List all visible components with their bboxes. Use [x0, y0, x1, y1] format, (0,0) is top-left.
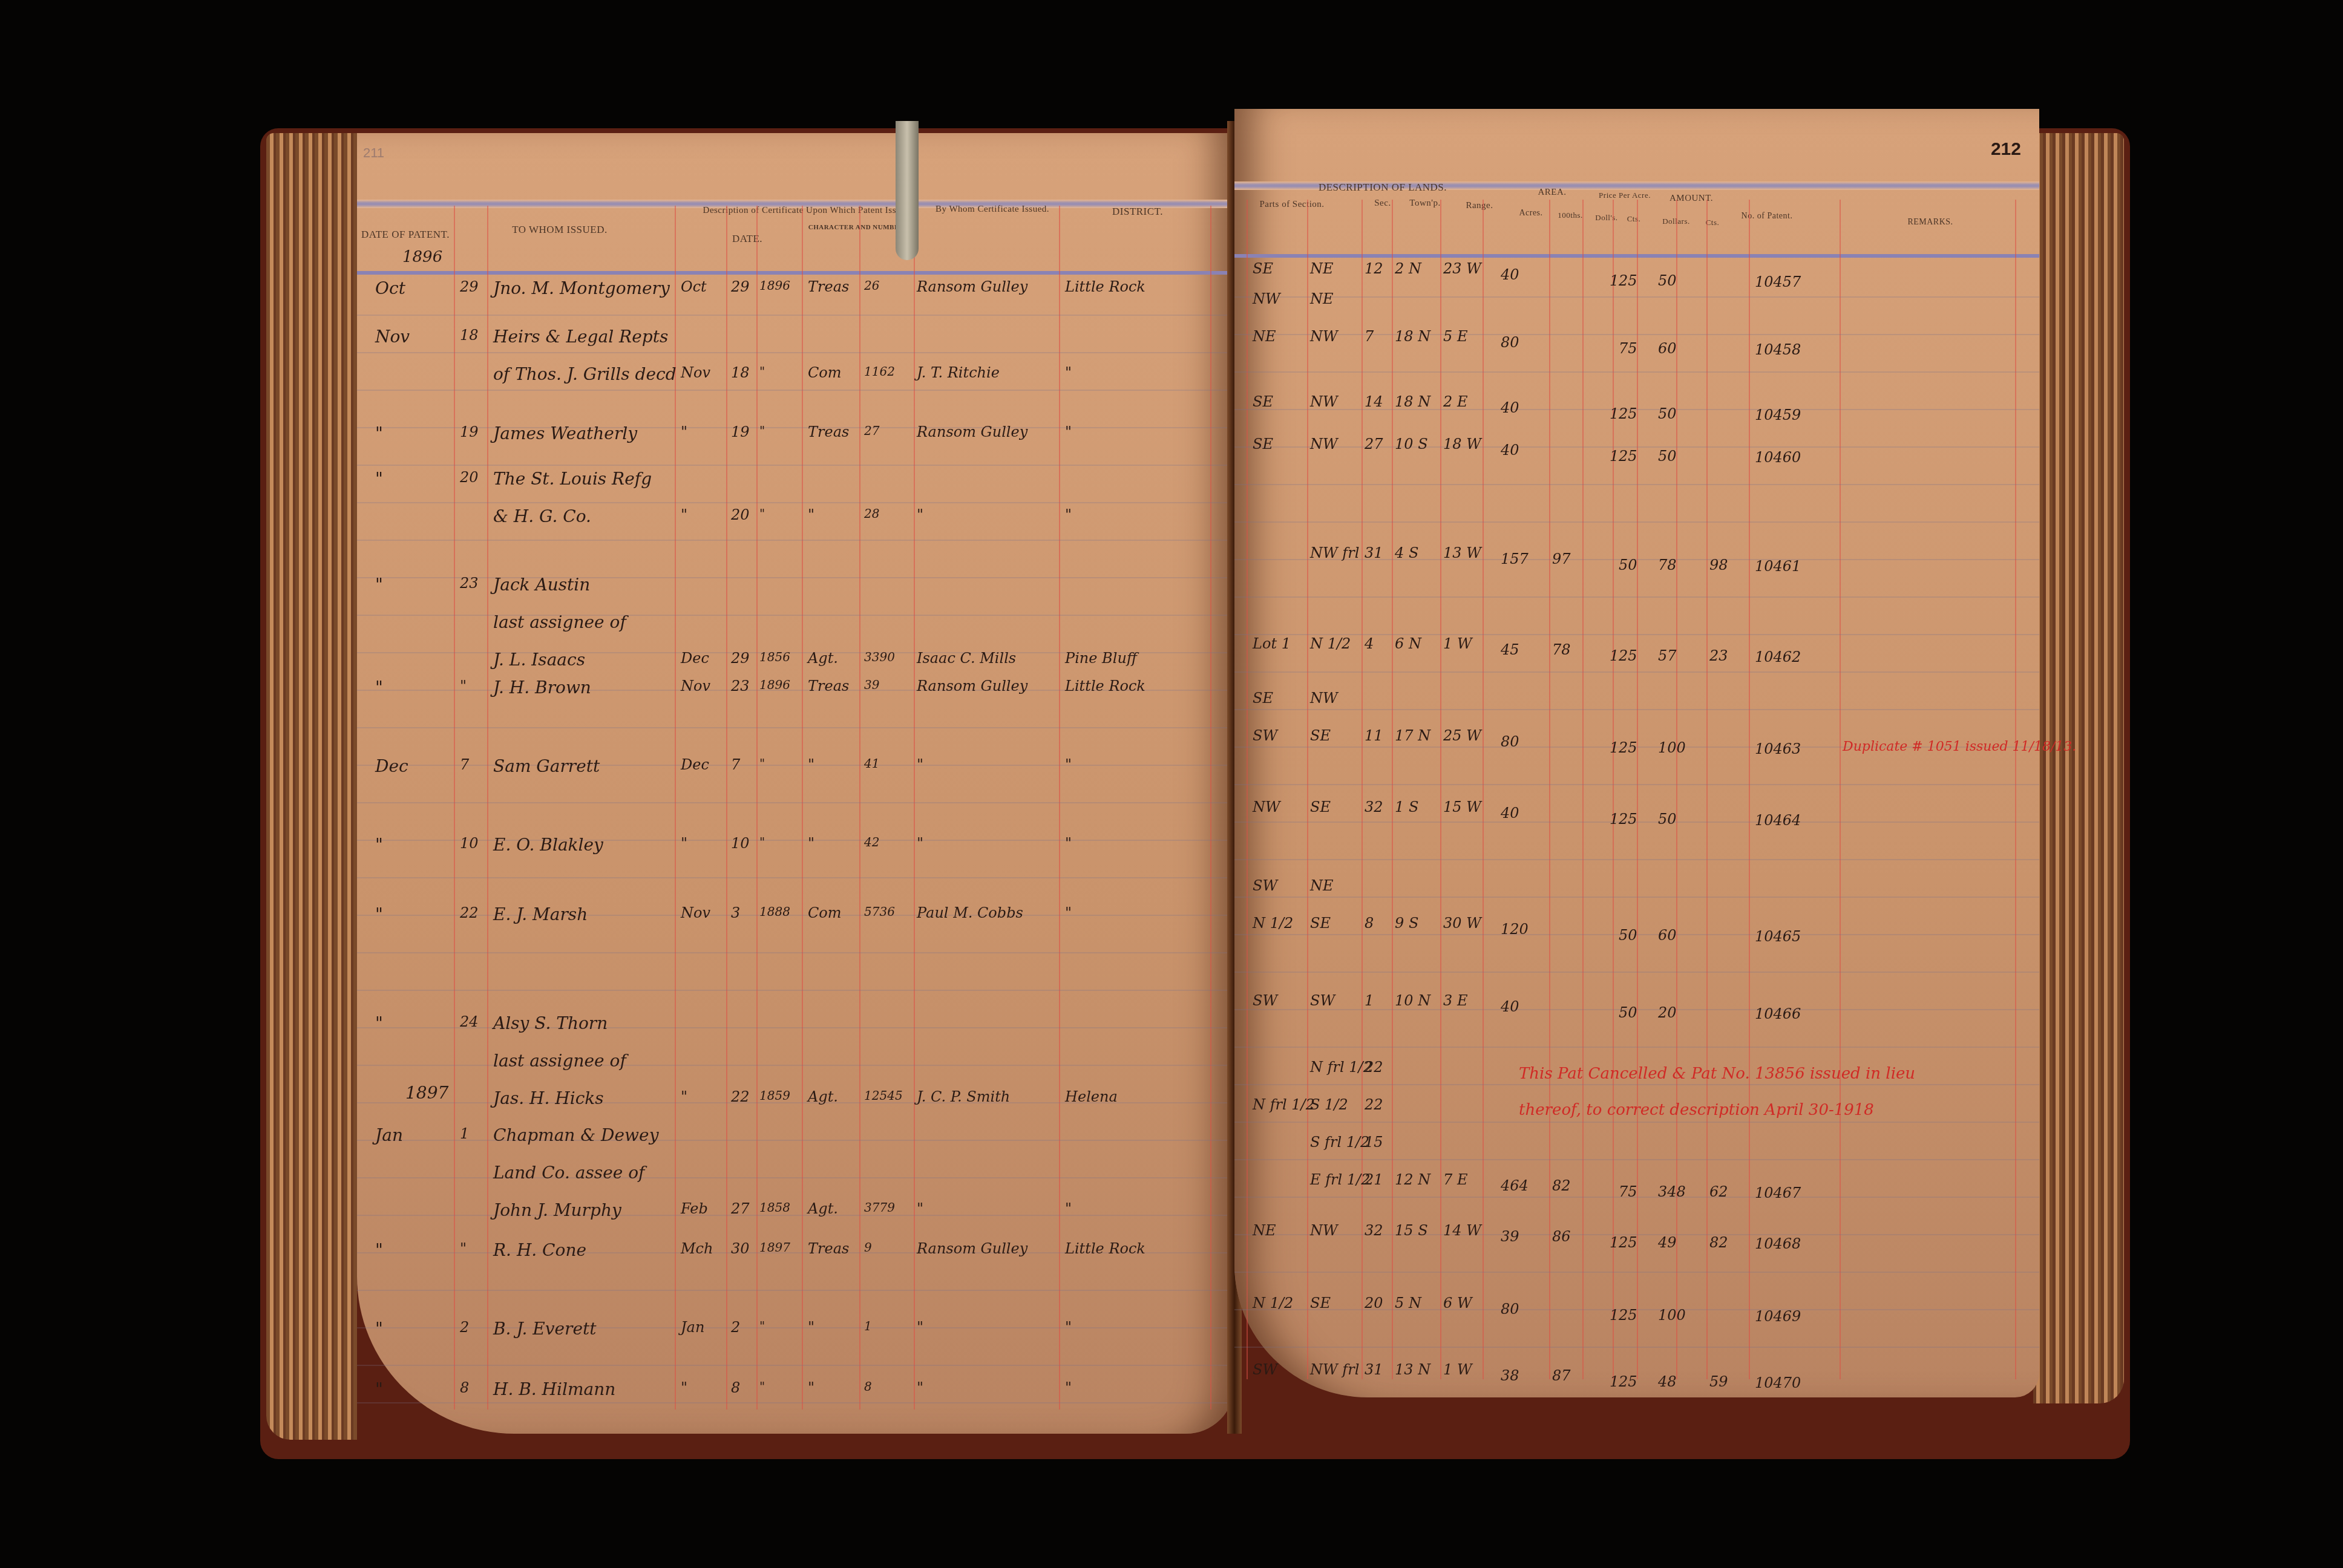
cert-character: Com	[808, 364, 842, 381]
amount-dollars: 100	[1658, 739, 1686, 756]
price-cents: 25	[1619, 739, 1637, 756]
patent-month: "	[375, 423, 383, 443]
amount-dollars: 50	[1658, 448, 1677, 465]
row-rule	[1234, 596, 2039, 598]
township: 12 N	[1395, 1171, 1430, 1188]
column-rule	[1483, 200, 1484, 1379]
cert-day: 18	[731, 364, 750, 381]
township: 1 S	[1395, 799, 1418, 815]
amount-dollars: 50	[1658, 811, 1677, 828]
grantee-name: Jack Austin	[493, 575, 590, 595]
patent-month: "	[375, 1013, 383, 1033]
column-rule	[1210, 206, 1211, 1410]
part-of-section-quarter: NW	[1310, 690, 1338, 707]
acres: 40	[1501, 805, 1519, 822]
amount-cents: 59	[1709, 1373, 1728, 1390]
certificate-issuer: "	[917, 1319, 923, 1336]
column-rule	[859, 206, 860, 1410]
cert-character: "	[808, 506, 814, 523]
cert-day: 10	[731, 835, 750, 852]
district: "	[1065, 506, 1072, 523]
row-rule	[1234, 521, 2039, 523]
row-rule	[357, 1290, 1234, 1291]
page-edges-left	[266, 133, 357, 1440]
part-of-section-quarter: SE	[1310, 915, 1331, 932]
patent-day: 22	[460, 904, 479, 921]
amount-dollars: 60	[1658, 927, 1677, 944]
cert-month: Dec	[681, 756, 709, 773]
cert-day: 27	[731, 1200, 750, 1217]
patent-day: 7	[460, 756, 469, 773]
row-rule	[357, 390, 1234, 391]
part-of-section-quarter: NW	[1310, 1222, 1338, 1239]
cert-year: 1856	[759, 650, 790, 664]
part-of-section: N 1/2	[1253, 1295, 1293, 1312]
cert-year: "	[759, 1379, 765, 1394]
range: 6 W	[1443, 1295, 1472, 1312]
patent-number: 10458	[1755, 341, 1801, 358]
township: 18 N	[1395, 328, 1430, 345]
row-rule	[357, 802, 1234, 803]
grantee-name: R. H. Cone	[493, 1240, 586, 1260]
township: 15 S	[1395, 1222, 1428, 1239]
price-cents: 25	[1619, 272, 1637, 289]
certificate-issuer: Ransom Gulley	[917, 1240, 1027, 1257]
col-date-of-patent: DATE OF PATENT.	[360, 229, 451, 241]
section: 22	[1365, 1059, 1383, 1076]
section: 8	[1365, 915, 1374, 932]
part-of-section: SE	[1253, 690, 1273, 707]
patent-month: Jan	[375, 1125, 403, 1145]
row-rule	[357, 952, 1234, 953]
grantee-name: last assignee of	[493, 612, 626, 632]
cert-day: 22	[731, 1088, 750, 1105]
grantee-name: Jas. H. Hicks	[493, 1088, 604, 1108]
column-rule	[726, 206, 727, 1410]
acres: 40	[1501, 442, 1519, 459]
patent-number: 10460	[1755, 449, 1801, 466]
acres-hundredths: 97	[1552, 550, 1571, 567]
acres: 39	[1501, 1228, 1519, 1245]
cert-day: 23	[731, 678, 750, 694]
cert-day: 7	[731, 756, 740, 773]
part-of-section-quarter: NW frl	[1310, 1361, 1359, 1378]
cert-number: 8	[864, 1379, 872, 1394]
section: 7	[1365, 328, 1374, 345]
price-cents: 25	[1619, 448, 1637, 465]
column-rule	[1362, 200, 1363, 1379]
col-township: Town'p.	[1398, 198, 1452, 209]
patent-number: 10468	[1755, 1235, 1801, 1252]
certificate-issuer: "	[917, 506, 923, 523]
patent-day: 29	[460, 278, 479, 295]
section: 32	[1365, 799, 1383, 815]
part-of-section: N frl 1/2	[1253, 1096, 1315, 1113]
cert-number: 1162	[864, 364, 895, 379]
section: 31	[1365, 1361, 1383, 1378]
cert-month: Jan	[681, 1319, 704, 1336]
cert-number: 39	[864, 678, 879, 692]
township: 5 N	[1395, 1295, 1421, 1312]
row-rule	[357, 1177, 1234, 1178]
township: 6 N	[1395, 635, 1421, 652]
grantee-name: Heirs & Legal Repts	[493, 327, 668, 347]
patent-month: Oct	[375, 278, 405, 298]
cert-character: Agt.	[808, 1200, 838, 1217]
patent-day: "	[460, 678, 467, 694]
township: 17 N	[1395, 727, 1430, 744]
cert-number: 27	[864, 423, 879, 438]
row-rule	[1234, 1159, 2039, 1160]
township: 9 S	[1395, 915, 1418, 932]
part-of-section-quarter: NW	[1310, 436, 1338, 452]
cert-character: Treas	[808, 278, 849, 295]
price-dollars: 1	[1610, 448, 1619, 465]
part-of-section: NE	[1253, 1222, 1276, 1239]
row-rule	[1234, 1272, 2039, 1273]
certificate-issuer: Isaac C. Mills	[917, 650, 1016, 667]
cert-number: 12545	[864, 1088, 903, 1103]
patent-month: Dec	[375, 756, 408, 776]
cert-day: 3	[731, 904, 740, 921]
patent-number: 10465	[1755, 928, 1801, 945]
acres: 157	[1501, 550, 1529, 567]
amount-dollars: 20	[1658, 1004, 1677, 1021]
row-rule	[1234, 972, 2039, 973]
amount-dollars: 78	[1658, 557, 1677, 573]
amount-cents: 23	[1709, 647, 1728, 664]
grantee-name: Alsy S. Thorn	[493, 1013, 608, 1033]
cert-month: "	[681, 1379, 687, 1396]
section: 27	[1365, 436, 1383, 452]
cert-year: 1897	[759, 1240, 790, 1255]
part-of-section: NE	[1253, 328, 1276, 345]
patent-number: 10469	[1755, 1308, 1801, 1325]
cert-month: "	[681, 423, 687, 440]
grantee-name: Chapman & Dewey	[493, 1125, 658, 1145]
patent-day: 23	[460, 575, 479, 592]
cert-number: 28	[864, 506, 879, 521]
column-rule	[1749, 200, 1750, 1379]
acres-hundredths: 86	[1552, 1228, 1571, 1245]
acres: 40	[1501, 399, 1519, 416]
row-rule	[357, 615, 1234, 616]
grantee-name: E. J. Marsh	[493, 904, 588, 924]
cert-number: 5736	[864, 904, 895, 919]
row-rule	[1234, 897, 2039, 898]
certificate-issuer: Ransom Gulley	[917, 678, 1027, 694]
price-dollars: 1	[1610, 647, 1619, 664]
col-certificate-description: Description of Certificate Upon Which Pa…	[693, 206, 923, 216]
township: 10 N	[1395, 992, 1430, 1009]
section: 11	[1365, 727, 1383, 744]
patent-number: 10457	[1755, 273, 1801, 290]
price-cents: 50	[1619, 927, 1637, 944]
row-rule	[357, 352, 1234, 353]
range: 18 W	[1443, 436, 1481, 452]
part-of-section-quarter: NW frl	[1310, 544, 1359, 561]
part-of-section-quarter: SW	[1310, 992, 1335, 1009]
row-rule	[1234, 671, 2039, 673]
cert-character: "	[808, 1379, 814, 1396]
patent-day: 19	[460, 423, 479, 440]
column-rule	[914, 206, 915, 1410]
district: "	[1065, 904, 1072, 921]
section: 21	[1365, 1171, 1383, 1188]
township: 4 S	[1395, 544, 1418, 561]
amount-dollars: 50	[1658, 272, 1677, 289]
col-description-of-lands: DESCRIPTION OF LANDS.	[1283, 181, 1483, 194]
col-acres: Acres.	[1507, 209, 1555, 218]
column-rule	[1676, 200, 1677, 1379]
col-no-of-patent: No. of Patent.	[1731, 212, 1803, 221]
price-dollars: 1	[1610, 739, 1619, 756]
certificate-issuer: Ransom Gulley	[917, 423, 1027, 440]
row-rule	[357, 1065, 1234, 1066]
cert-character: "	[808, 835, 814, 852]
col-to-whom-issued: TO WHOM ISSUED.	[460, 224, 660, 236]
page-number: 212	[1991, 139, 2021, 160]
column-rule	[1840, 200, 1841, 1379]
row-rule	[1234, 859, 2039, 860]
amount-cents: 82	[1709, 1234, 1728, 1251]
cert-day: 30	[731, 1240, 750, 1257]
column-rule	[675, 206, 676, 1410]
range: 7 E	[1443, 1171, 1467, 1188]
patent-day: 1	[460, 1125, 469, 1142]
cert-year: 1859	[759, 1088, 790, 1103]
price-cents: 25	[1619, 1234, 1637, 1251]
patent-day: 10	[460, 835, 479, 852]
part-of-section-quarter: N frl 1/2	[1310, 1059, 1372, 1076]
cert-year: 1888	[759, 904, 790, 919]
patent-day: 20	[460, 469, 479, 486]
amount-dollars: 49	[1658, 1234, 1677, 1251]
price-cents: 25	[1619, 1307, 1637, 1324]
part-of-section: Lot 1	[1253, 635, 1291, 652]
range: 3 E	[1443, 992, 1467, 1009]
certificate-issuer: "	[917, 1379, 923, 1396]
row-rule	[357, 1215, 1234, 1216]
column-rule	[756, 206, 758, 1410]
cert-day: 8	[731, 1379, 740, 1396]
price-cents: 75	[1619, 340, 1637, 357]
cert-month: "	[681, 835, 687, 852]
row-rule	[357, 315, 1234, 316]
certificate-issuer: "	[917, 1200, 923, 1217]
cert-number: 26	[864, 278, 879, 293]
year-heading: 1896	[402, 248, 442, 266]
row-rule	[357, 540, 1234, 541]
patent-day: 18	[460, 327, 479, 344]
left-page: 211 DATE OF PATENT. TO WHOM ISSUED. Desc…	[357, 133, 1234, 1434]
range: 30 W	[1443, 915, 1481, 932]
patent-month: "	[375, 1319, 383, 1339]
column-rule	[1392, 200, 1393, 1379]
grantee-name: The St. Louis Refg	[493, 469, 652, 489]
district: Little Rock	[1065, 678, 1145, 694]
patent-month: "	[375, 835, 383, 855]
row-rule	[357, 727, 1234, 728]
range: 1 W	[1443, 1361, 1472, 1378]
certificate-issuer: Paul M. Cobbs	[917, 904, 1023, 921]
certificate-issuer: J. T. Ritchie	[917, 364, 1000, 381]
district: Pine Bluff	[1065, 650, 1137, 667]
price-cents: 50	[1619, 557, 1637, 573]
part-of-section-quarter: NW	[1310, 393, 1338, 410]
patent-month: "	[375, 904, 383, 924]
row-rule	[1234, 709, 2039, 710]
district: "	[1065, 423, 1072, 440]
cert-month: Nov	[681, 364, 710, 381]
price-dollars: 1	[1610, 405, 1619, 422]
col-hundredths: 100ths.	[1555, 211, 1585, 220]
row-rule	[357, 1365, 1234, 1366]
row-rule	[357, 990, 1234, 991]
cert-day: 19	[731, 423, 750, 440]
district: Little Rock	[1065, 1240, 1145, 1257]
cert-month: Nov	[681, 904, 710, 921]
acres-hundredths: 87	[1552, 1367, 1571, 1384]
row-rule	[1234, 334, 2039, 335]
row-rule	[357, 1027, 1234, 1028]
column-rule	[1247, 200, 1248, 1379]
price-cents: 25	[1619, 811, 1637, 828]
cert-month: "	[681, 1088, 687, 1105]
grantee-name: Sam Garrett	[493, 756, 600, 776]
part-of-section: SW	[1253, 727, 1277, 744]
price-dollars: 1	[1610, 811, 1619, 828]
section: 14	[1365, 393, 1383, 410]
cert-character: "	[808, 1319, 814, 1336]
amount-dollars: 348	[1658, 1183, 1686, 1200]
range: 5 E	[1443, 328, 1467, 345]
amount-dollars: 48	[1658, 1373, 1677, 1390]
part-of-section: SE	[1253, 393, 1273, 410]
patent-number: 10463	[1755, 740, 1801, 757]
section: 32	[1365, 1222, 1383, 1239]
certificate-issuer: Ransom Gulley	[917, 278, 1027, 295]
cert-month: Dec	[681, 650, 709, 667]
patent-month: "	[375, 575, 383, 595]
township: 18 N	[1395, 393, 1430, 410]
acres: 40	[1501, 998, 1519, 1015]
row-rule	[357, 1327, 1234, 1328]
cert-year: "	[759, 364, 765, 379]
range: 14 W	[1443, 1222, 1481, 1239]
column-rule	[1637, 200, 1638, 1379]
part-of-section-quarter: NE	[1310, 260, 1334, 277]
section: 1	[1365, 992, 1374, 1009]
cert-year: 1858	[759, 1200, 790, 1215]
column-rule	[1307, 200, 1308, 1379]
district: Little Rock	[1065, 278, 1145, 295]
section: 12	[1365, 260, 1383, 277]
col-cert-date: DATE.	[702, 233, 793, 245]
column-rule	[454, 206, 455, 1410]
grantee-name: H. B. Hilmann	[493, 1379, 615, 1399]
column-rule	[2015, 200, 2016, 1379]
patent-month: Nov	[375, 327, 410, 347]
row-rule	[357, 465, 1234, 466]
patent-month: "	[375, 1240, 383, 1260]
patent-number: 10462	[1755, 648, 1801, 665]
patent-month: "	[375, 678, 383, 697]
acres-hundredths: 82	[1552, 1177, 1571, 1194]
col-range: Range.	[1452, 201, 1507, 211]
acres: 40	[1501, 266, 1519, 283]
cert-character: Treas	[808, 1240, 849, 1257]
district: "	[1065, 1379, 1072, 1396]
cert-year: 1896	[759, 278, 790, 293]
cert-year: "	[759, 756, 765, 771]
grantee-name: of Thos. J. Grills decd	[493, 364, 677, 384]
part-of-section-quarter: SE	[1310, 727, 1331, 744]
price-cents: 25	[1619, 1373, 1637, 1390]
part-of-section-quarter: S 1/2	[1310, 1096, 1348, 1113]
remark-red-ink: Duplicate # 1051 issued 11/18/13.	[1843, 739, 2076, 754]
part-of-section-quarter: SE	[1310, 799, 1331, 815]
remark-red-ink: This Pat Cancelled & Pat No. 13856 issue…	[1519, 1065, 1915, 1083]
part-of-section: N 1/2	[1253, 915, 1293, 932]
row-rule	[1234, 784, 2039, 785]
cert-month: "	[681, 506, 687, 523]
col-price-per-acre: Price Per Acre.	[1588, 191, 1661, 200]
grantee-name: last assignee of	[493, 1051, 626, 1071]
row-rule	[1234, 1347, 2039, 1348]
certificate-issuer: J. C. P. Smith	[917, 1088, 1010, 1105]
district: "	[1065, 1200, 1072, 1217]
row-rule	[357, 577, 1234, 578]
cert-day: 2	[731, 1319, 740, 1336]
column-rule	[487, 206, 488, 1410]
cert-day: 29	[731, 650, 750, 667]
acres: 80	[1501, 733, 1519, 750]
row-rule	[357, 877, 1234, 878]
patent-day: 8	[460, 1379, 469, 1396]
range: 15 W	[1443, 799, 1481, 815]
part-of-section-quarter: NE	[1310, 877, 1334, 894]
column-rule	[1059, 206, 1060, 1410]
section: 31	[1365, 544, 1383, 561]
certificate-issuer: "	[917, 756, 923, 773]
patent-month: "	[375, 1379, 383, 1399]
part-of-section: NW	[1253, 290, 1280, 307]
patent-day: 24	[460, 1013, 479, 1030]
cert-month: Oct	[681, 278, 707, 295]
col-sec: Sec.	[1368, 198, 1398, 209]
part-of-section: SW	[1253, 1361, 1277, 1378]
amount-cents: 98	[1709, 557, 1728, 573]
row-rule	[1234, 1122, 2039, 1123]
part-of-section: NW	[1253, 799, 1280, 815]
patent-day: "	[460, 1240, 467, 1257]
amount-dollars: 50	[1658, 405, 1677, 422]
col-area: AREA.	[1519, 188, 1585, 198]
cert-day: 29	[731, 278, 750, 295]
price-cents: 25	[1619, 405, 1637, 422]
part-of-section-quarter: E frl 1/2	[1310, 1171, 1370, 1188]
part-of-section-quarter: S frl 1/2	[1310, 1134, 1369, 1151]
cert-month: Nov	[681, 678, 710, 694]
range: 13 W	[1443, 544, 1481, 561]
acres-hundredths: 78	[1552, 641, 1571, 658]
cert-number: 3779	[864, 1200, 895, 1215]
column-rule	[1549, 200, 1550, 1379]
col-remarks: REMARKS.	[1870, 218, 1991, 227]
price-dollars: 1	[1610, 1307, 1619, 1324]
row-rule	[1234, 634, 2039, 635]
